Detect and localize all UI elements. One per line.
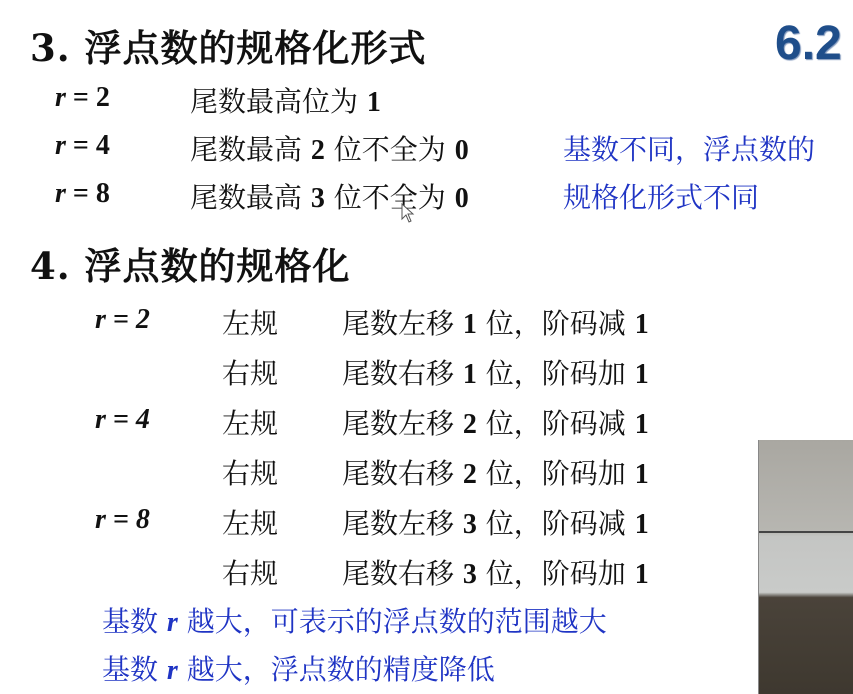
r-variable: r xyxy=(55,178,66,209)
s4-row4-dir: 右规 xyxy=(222,452,278,492)
text: 位，阶码加 xyxy=(477,357,635,390)
r-variable: r xyxy=(55,130,66,161)
number: 3 xyxy=(311,183,325,214)
r-variable: r xyxy=(167,655,178,686)
text: 越大，浮点数的精度降低 xyxy=(178,653,495,686)
number: 3 xyxy=(463,509,477,540)
number: 2 xyxy=(463,459,477,490)
s4-r8-label: r = 8 xyxy=(95,502,150,536)
text: 尾数右移 xyxy=(342,557,463,590)
number: 1 xyxy=(635,559,649,590)
r-value: = 2 xyxy=(66,82,110,113)
s4-row6-dir: 右规 xyxy=(222,552,278,592)
number: 1 xyxy=(635,359,649,390)
s3-row-r8-text: 尾数最高 3 位不全为 0 xyxy=(190,176,469,216)
text: 尾数右移 xyxy=(342,357,463,390)
s4-row3-desc: 尾数左移 2 位，阶码减 1 xyxy=(342,402,649,442)
number: 3 xyxy=(463,559,477,590)
s3-row-r4-text: 尾数最高 2 位不全为 0 xyxy=(190,128,469,168)
text: 尾数最高 xyxy=(190,133,311,166)
r-value: r = 8 xyxy=(95,504,150,535)
s4-row1-dir: 左规 xyxy=(222,302,278,342)
r-variable: r xyxy=(167,607,178,638)
text: 基数 xyxy=(102,653,167,686)
divider xyxy=(759,531,853,533)
section3-title: 3. 浮点数的规格化形式 xyxy=(30,18,427,72)
s4-r4-label: r = 4 xyxy=(95,402,150,436)
text: 尾数右移 xyxy=(342,457,463,490)
r-value: = 8 xyxy=(66,178,110,209)
r-value: = 4 xyxy=(66,130,110,161)
number: 1 xyxy=(635,509,649,540)
r-value: r = 4 xyxy=(95,404,150,435)
text: 位，阶码减 xyxy=(477,307,635,340)
section-number: 6.2 xyxy=(775,16,842,71)
number: 1 xyxy=(463,359,477,390)
number: 1 xyxy=(367,87,381,118)
text: 位，阶码加 xyxy=(477,557,635,590)
r-variable: r xyxy=(55,82,66,113)
text: 位不全为 xyxy=(325,181,455,214)
text: 位不全为 xyxy=(325,133,455,166)
s4-row1-desc: 尾数左移 1 位，阶码减 1 xyxy=(342,302,649,342)
conclusion-precision: 基数 r 越大，浮点数的精度降低 xyxy=(102,648,495,688)
text: 尾数左移 xyxy=(342,307,463,340)
text: 位，阶码加 xyxy=(477,457,635,490)
s4-row2-desc: 尾数右移 1 位，阶码加 1 xyxy=(342,352,649,392)
presenter-video-overlay xyxy=(758,440,853,694)
number: 1 xyxy=(635,309,649,340)
conclusion-range: 基数 r 越大，可表示的浮点数的范围越大 xyxy=(102,600,607,640)
number: 1 xyxy=(635,459,649,490)
text: 位，阶码减 xyxy=(477,407,635,440)
number: 1 xyxy=(635,409,649,440)
text: 尾数左移 xyxy=(342,407,463,440)
number: 2 xyxy=(463,409,477,440)
number: 0 xyxy=(455,183,469,214)
s4-row3-dir: 左规 xyxy=(222,402,278,442)
s4-row5-desc: 尾数左移 3 位，阶码减 1 xyxy=(342,502,649,542)
text: 尾数最高位为 xyxy=(190,85,367,118)
s4-row4-desc: 尾数右移 2 位，阶码加 1 xyxy=(342,452,649,492)
s3-note-line2: 规格化形式不同 xyxy=(563,176,759,216)
s3-row-r4-label: r = 4 xyxy=(55,128,110,162)
r-value: r = 2 xyxy=(95,304,150,335)
text: 尾数最高 xyxy=(190,181,311,214)
number: 2 xyxy=(311,135,325,166)
s4-row5-dir: 左规 xyxy=(222,502,278,542)
s4-r2-label: r = 2 xyxy=(95,302,150,336)
s3-row-r2-label: r = 2 xyxy=(55,80,110,114)
text: 尾数左移 xyxy=(342,507,463,540)
section4-title: 4. 浮点数的规格化 xyxy=(30,236,351,290)
s4-row6-desc: 尾数右移 3 位，阶码加 1 xyxy=(342,552,649,592)
s3-row-r8-label: r = 8 xyxy=(55,176,110,210)
text: 位，阶码减 xyxy=(477,507,635,540)
text: 越大，可表示的浮点数的范围越大 xyxy=(178,605,607,638)
s3-note-line1: 基数不同，浮点数的 xyxy=(563,128,815,168)
s4-row2-dir: 右规 xyxy=(222,352,278,392)
text: 基数 xyxy=(102,605,167,638)
number: 0 xyxy=(455,135,469,166)
mouse-cursor-icon xyxy=(401,203,415,223)
s3-row-r2-text: 尾数最高位为 1 xyxy=(190,80,381,120)
number: 1 xyxy=(463,309,477,340)
